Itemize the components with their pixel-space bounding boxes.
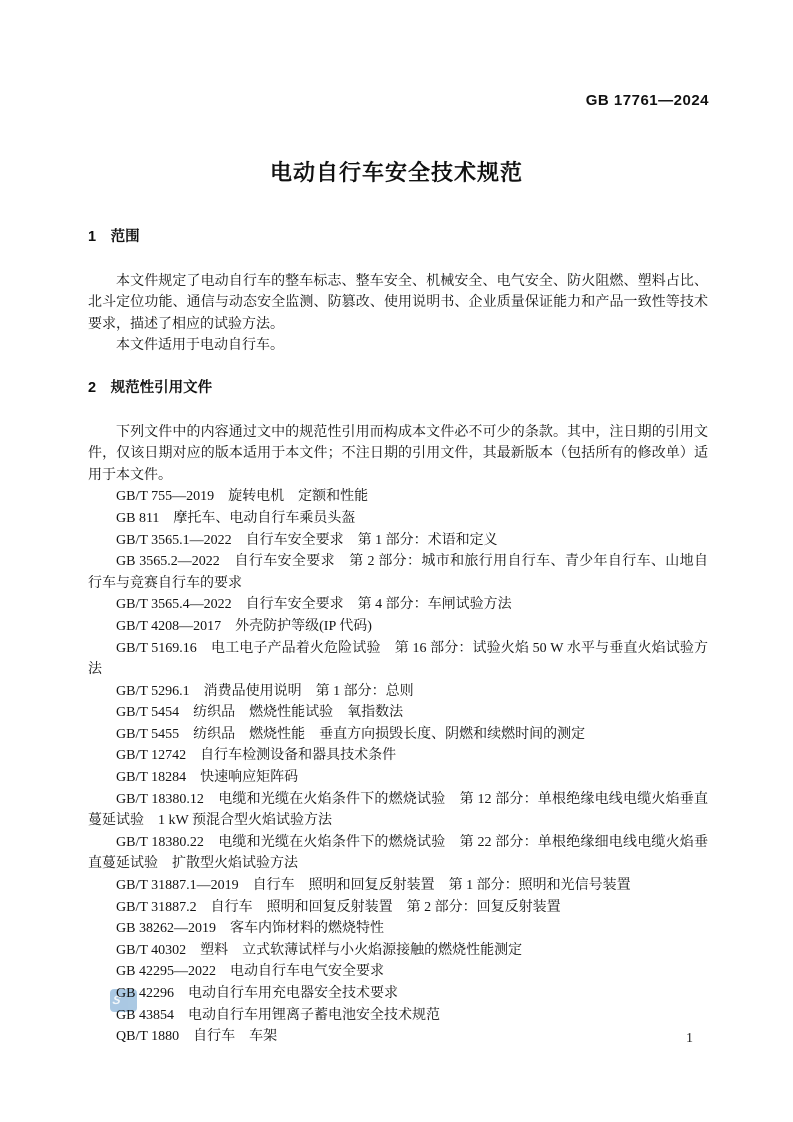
reference-item: GB 43854 电动自行车用锂离子蓄电池安全技术规范 [88,1005,708,1027]
reference-item: GB/T 5296.1 消费品使用说明 第 1 部分：总则 [88,681,708,703]
reference-item: GB/T 3565.4—2022 自行车安全要求 第 4 部分：车闸试验方法 [88,594,708,616]
reference-item: GB/T 5454 纺织品 燃烧性能试验 氧指数法 [88,702,708,724]
references-intro: 下列文件中的内容通过文中的规范性引用而构成本文件必不可少的条款。其中，注日期的引… [88,422,708,487]
reference-item: GB 38262—2019 客车内饰材料的燃烧特性 [88,918,708,940]
page-title: 电动自行车安全技术规范 [0,156,793,187]
section-heading-references: 2 规范性引用文件 [88,378,708,400]
reference-item: GB/T 755—2019 旋转电机 定额和性能 [88,486,708,508]
scope-paragraph: 本文件适用于电动自行车。 [88,335,708,357]
reference-list: GB/T 755—2019 旋转电机 定额和性能 GB 811 摩托车、电动自行… [88,486,708,1047]
section-heading-scope: 1 范围 [88,227,708,249]
reference-item: GB/T 5169.16 电工电子产品着火危险试验 第 16 部分：试验火焰 5… [88,638,708,681]
reference-item: QB/T 1880 自行车 车架 [88,1026,708,1048]
scope-paragraph: 本文件规定了电动自行车的整车标志、整车安全、机械安全、电气安全、防火阻燃、塑料占… [88,271,708,336]
reference-item: GB/T 3565.1—2022 自行车安全要求 第 1 部分：术语和定义 [88,530,708,552]
reference-item: GB/T 4208—2017 外壳防护等级(IP 代码) [88,616,708,638]
standard-number: GB 17761—2024 [586,92,709,109]
reference-item: GB/T 5455 纺织品 燃烧性能 垂直方向损毁长度、阴燃和续燃时间的测定 [88,724,708,746]
reference-item: GB/T 31887.2 自行车 照明和回复反射装置 第 2 部分：回复反射装置 [88,897,708,919]
reference-item: GB/T 18380.22 电缆和光缆在火焰条件下的燃烧试验 第 22 部分：单… [88,832,708,875]
reference-item: GB 811 摩托车、电动自行车乘员头盔 [88,508,708,530]
reference-item: GB/T 18380.12 电缆和光缆在火焰条件下的燃烧试验 第 12 部分：单… [88,789,708,832]
document-page: GB 17761—2024 电动自行车安全技术规范 S 1 范围 本文件规定了电… [0,0,793,1122]
reference-item: GB 42295—2022 电动自行车电气安全要求 [88,961,708,983]
reference-item: GB/T 12742 自行车检测设备和器具技术条件 [88,745,708,767]
document-body: 1 范围 本文件规定了电动自行车的整车标志、整车安全、机械安全、电气安全、防火阻… [88,227,708,1048]
reference-item: GB 3565.2—2022 自行车安全要求 第 2 部分：城市和旅行用自行车、… [88,551,708,594]
reference-item: GB/T 40302 塑料 立式软薄试样与小火焰源接触的燃烧性能测定 [88,940,708,962]
reference-item: GB/T 31887.1—2019 自行车 照明和回复反射装置 第 1 部分：照… [88,875,708,897]
reference-item: GB 42296 电动自行车用充电器安全技术要求 [88,983,708,1005]
reference-item: GB/T 18284 快速响应矩阵码 [88,767,708,789]
